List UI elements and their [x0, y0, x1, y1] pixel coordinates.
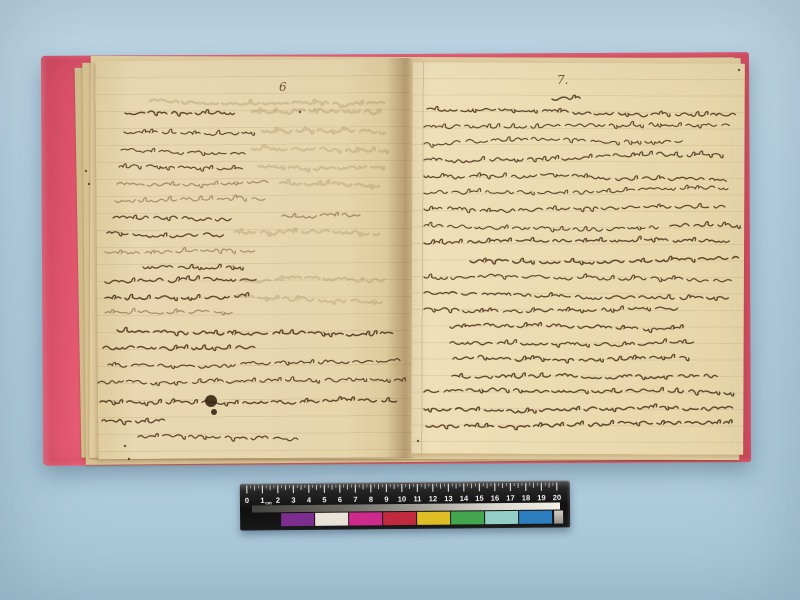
- svg-text:15: 15: [475, 494, 483, 503]
- svg-text:9: 9: [384, 495, 388, 504]
- right-page: [411, 62, 745, 454]
- svg-text:17: 17: [506, 493, 514, 502]
- color-patch: [417, 512, 450, 525]
- color-calibration-patches: [281, 511, 552, 527]
- svg-text:4: 4: [307, 495, 312, 504]
- svg-text:12: 12: [429, 494, 437, 503]
- color-patch: [519, 511, 552, 524]
- color-patch: [383, 512, 416, 525]
- manuscript-photograph: 6 7. 01234567891011121314151617181920cm: [0, 0, 800, 600]
- svg-text:13: 13: [444, 494, 452, 503]
- ruler-end-cap: [554, 510, 563, 523]
- svg-text:6: 6: [338, 495, 342, 504]
- svg-text:7: 7: [353, 495, 357, 504]
- left-page: [95, 59, 413, 459]
- svg-text:5: 5: [322, 495, 326, 504]
- svg-text:3: 3: [291, 496, 295, 505]
- color-patch: [315, 513, 348, 526]
- svg-text:14: 14: [460, 494, 469, 503]
- left-page-number: 6: [279, 80, 287, 94]
- color-patch: [281, 513, 314, 526]
- color-patch: [451, 511, 484, 524]
- color-patch: [485, 511, 518, 524]
- svg-text:20: 20: [553, 493, 561, 502]
- svg-text:16: 16: [491, 494, 499, 503]
- color-patch: [349, 512, 382, 525]
- svg-text:18: 18: [522, 493, 530, 502]
- measurement-ruler: 01234567891011121314151617181920cm: [240, 480, 570, 530]
- right-page-number: 7.: [557, 73, 568, 87]
- svg-text:8: 8: [369, 495, 373, 504]
- svg-text:10: 10: [398, 494, 406, 503]
- svg-text:11: 11: [413, 494, 421, 503]
- svg-text:19: 19: [537, 493, 545, 502]
- svg-text:2: 2: [276, 496, 280, 505]
- svg-text:0: 0: [245, 496, 249, 505]
- svg-text:1: 1: [260, 496, 264, 505]
